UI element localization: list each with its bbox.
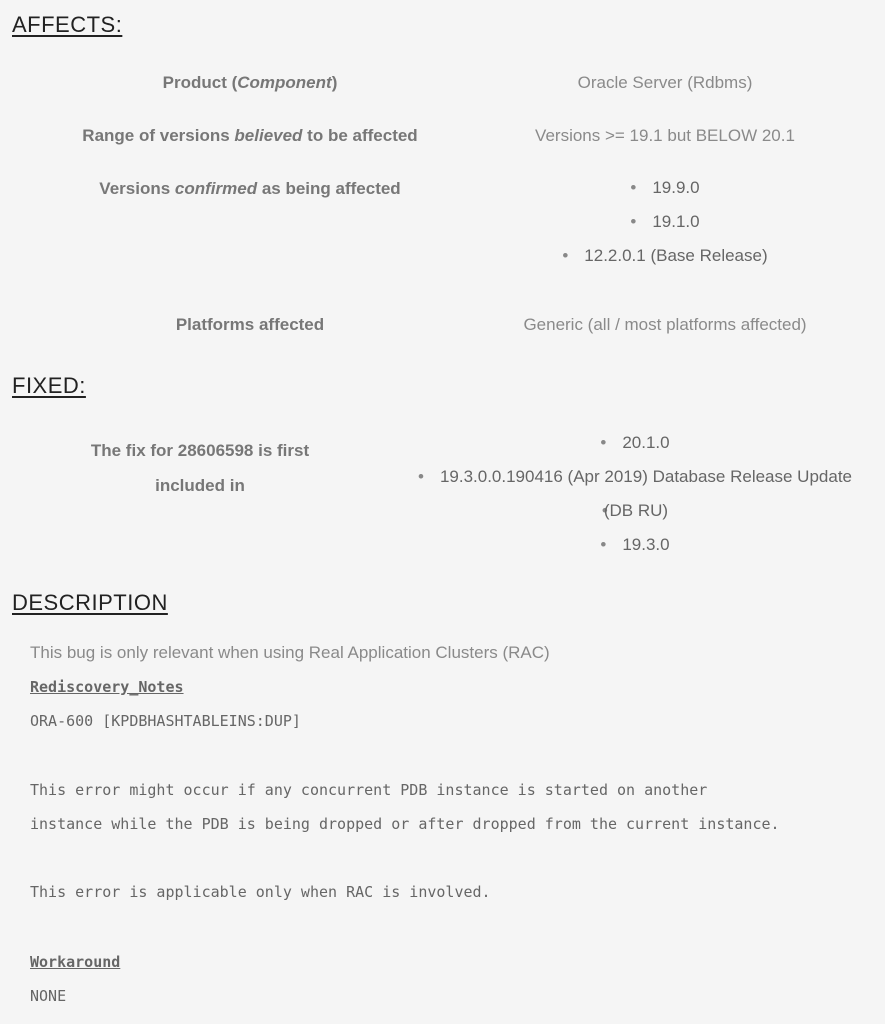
product-value: Oracle Server (Rdbms) [455, 73, 875, 93]
range-label: Range of versions believed to be affecte… [30, 126, 470, 146]
description-heading: DESCRIPTION [12, 590, 168, 616]
rediscovery-heading: Rediscovery_Notes [30, 678, 184, 696]
product-label: Product (Component) [30, 73, 470, 93]
platforms-label: Platforms affected [30, 315, 470, 335]
affects-heading: AFFECTS: [12, 12, 122, 38]
confirmed-versions-list: 19.9.0 19.1.0 12.2.0.1 (Base Release) [455, 171, 875, 273]
workaround-value: NONE [30, 987, 66, 1005]
error-code: ORA-600 [KPDBHASHTABLEINS:DUP] [30, 712, 301, 730]
detail-line: This error is applicable only when RAC i… [30, 883, 491, 901]
description-intro: This bug is only relevant when using Rea… [30, 643, 550, 663]
detail-line: This error might occur if any concurrent… [30, 781, 707, 799]
list-item-continuation: (DB RU) [385, 494, 885, 528]
range-value: Versions >= 19.1 but BELOW 20.1 [455, 126, 875, 146]
workaround-heading: Workaround [30, 953, 120, 971]
detail-line: instance while the PDB is being dropped … [30, 815, 780, 833]
list-item: 19.1.0 [455, 205, 875, 239]
list-item: 19.9.0 [455, 171, 875, 205]
fixed-heading: FIXED: [12, 373, 86, 399]
list-item: 12.2.0.1 (Base Release) [455, 239, 875, 273]
list-item: 20.1.0 [385, 426, 885, 460]
fix-label: The fix for 28606598 is firstincluded in [0, 433, 400, 503]
fixed-versions-list: 20.1.0 19.3.0.0.190416 (Apr 2019) Databa… [385, 426, 885, 562]
platforms-value: Generic (all / most platforms affected) [455, 315, 875, 335]
list-item: 19.3.0 [385, 528, 885, 562]
list-item: 19.3.0.0.190416 (Apr 2019) Database Rele… [385, 460, 885, 494]
confirmed-label: Versions confirmed as being affected [30, 179, 470, 199]
